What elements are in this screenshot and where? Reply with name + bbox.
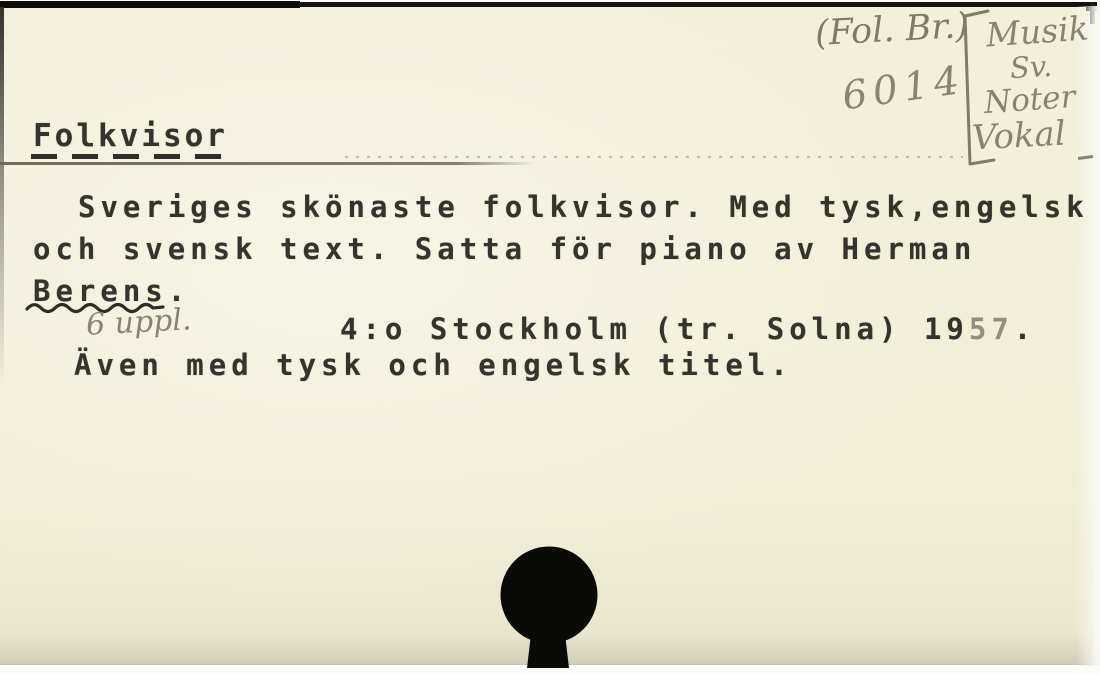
heading-dotted-rule [345,156,963,158]
card-heading: Folkvisor [33,118,228,154]
category-vokal: Vokal [971,114,1067,159]
catalog-card-scan: Folkvisor Sveriges skönaste folkvisor. M… [0,0,1100,674]
description-line-2: och svensk text. Satta för piano av Herm… [33,232,976,266]
category-sv: Sv. [1009,49,1053,85]
punch-hole [478,542,620,668]
category-musik: Musik [985,8,1090,54]
card-right-edge [1076,6,1100,666]
edition-note: 6 uppl. [85,302,192,342]
card-top-edge-left [0,1,300,8]
classification-note: (Fol. Br.) [814,6,970,54]
imprint-period: . [1014,312,1036,346]
description-line-1: Sveriges skönaste folkvisor. Med tysk,en… [78,190,1089,224]
imprint-year-faded: 57 [969,312,1014,346]
heading-dashed-underline [31,154,232,159]
title-note: Även med tysk och engelsk titel. [74,348,793,382]
card-left-edge [0,7,4,387]
imprint-line: 4:o Stockholm (tr. Solna) 1957. [340,312,1036,346]
heading-rule [0,162,536,165]
imprint-text: 4:o Stockholm (tr. Solna) 19 [340,312,969,346]
